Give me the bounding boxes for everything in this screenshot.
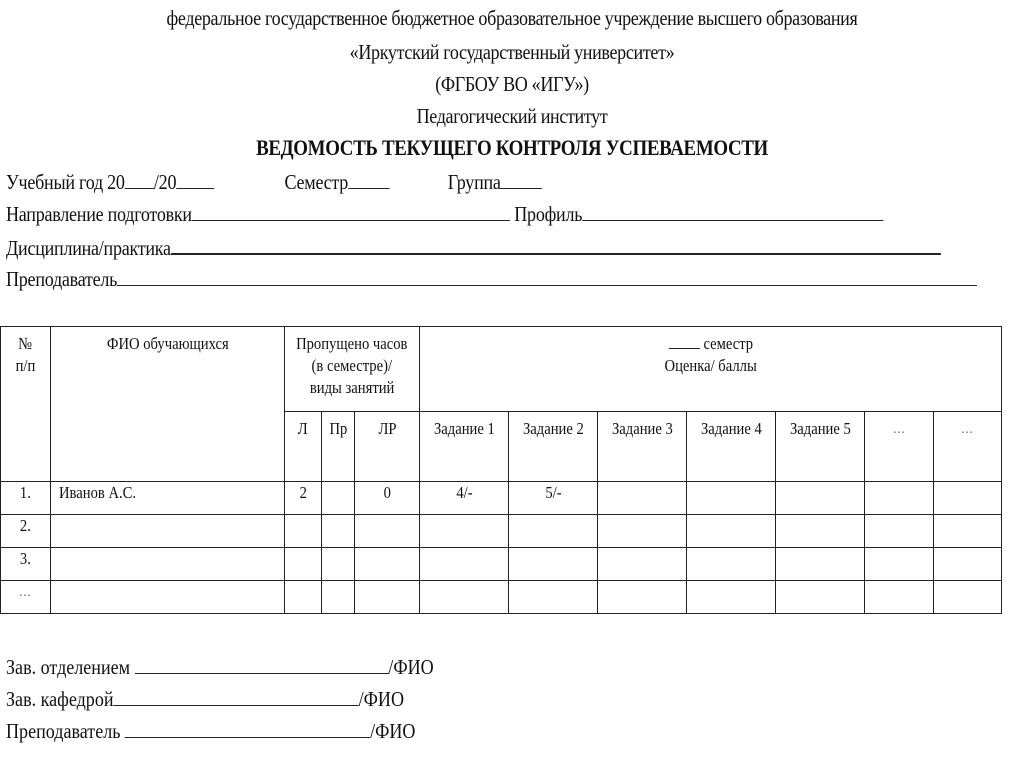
grade-cell[interactable] (687, 482, 776, 515)
grade-cell[interactable] (934, 548, 1002, 581)
grade-cell[interactable] (776, 548, 865, 581)
subheader-task-2: Задание 2 (509, 412, 598, 482)
grade-cell[interactable] (420, 548, 509, 581)
grade-cell[interactable] (420, 515, 509, 548)
grade-cell[interactable] (355, 515, 420, 548)
grade-cell[interactable] (934, 581, 1002, 614)
direction-field[interactable] (192, 201, 510, 221)
year-label: Учебный год 20 (6, 170, 125, 194)
year-sep: /20 (154, 170, 176, 194)
row-number[interactable]: … (1, 581, 51, 614)
profile-label: Профиль (514, 202, 582, 226)
chair-head-signature-field[interactable] (114, 686, 359, 706)
grade-cell[interactable] (322, 482, 355, 515)
signature-chair-head: Зав. кафедрой/ФИО (6, 686, 404, 711)
subheader-more-2: … (934, 412, 1002, 482)
year-semester-group-line: Учебный год 20/20 Семестр Группа (6, 169, 542, 194)
grade-cell[interactable] (865, 548, 934, 581)
semester-number-field[interactable] (668, 334, 699, 349)
grade-cell[interactable] (865, 581, 934, 614)
signature-dept-head: Зав. отделением /ФИО (6, 654, 434, 679)
grade-cell[interactable] (509, 548, 598, 581)
table-row: … (1, 581, 1002, 614)
signature-teacher: Преподаватель /ФИО (6, 718, 415, 743)
table-row: 2. (1, 515, 1002, 548)
grade-cell[interactable] (322, 515, 355, 548)
subheader-task-3: Задание 3 (598, 412, 687, 482)
grade-cell[interactable] (355, 581, 420, 614)
header-name: ФИО обучающихся (51, 327, 285, 482)
grade-cell[interactable] (687, 548, 776, 581)
grade-cell[interactable] (687, 581, 776, 614)
year-end-field[interactable] (176, 169, 214, 189)
dept-head-signature-field[interactable] (135, 654, 389, 674)
grades-table: № п/п ФИО обучающихся Пропущено часов (в… (0, 326, 1002, 614)
grade-cell[interactable] (509, 515, 598, 548)
grade-cell[interactable] (776, 515, 865, 548)
semester-field[interactable] (348, 169, 389, 189)
grade-cell[interactable] (865, 482, 934, 515)
profile-field[interactable] (582, 201, 883, 221)
institute-name: Педагогический институт (72, 104, 953, 128)
grade-cell[interactable] (598, 515, 687, 548)
grade-cell[interactable] (509, 581, 598, 614)
subheader-lab: ЛР (355, 412, 420, 482)
grade-cell[interactable] (776, 581, 865, 614)
row-number[interactable]: 1. (1, 482, 51, 515)
grade-cell[interactable] (598, 548, 687, 581)
document-title: ВЕДОМОСТЬ ТЕКУЩЕГО КОНТРОЛЯ УСПЕВАЕМОСТИ (72, 136, 953, 160)
grade-cell[interactable] (355, 548, 420, 581)
university-abbr: (ФГБОУ ВО «ИГУ») (72, 72, 953, 96)
discipline-label: Дисциплина/практика (6, 236, 171, 260)
subheader-practice: Пр (322, 412, 355, 482)
table-row: 3. (1, 548, 1002, 581)
grade-cell[interactable] (598, 482, 687, 515)
teacher-field[interactable] (117, 266, 977, 286)
grade-cell[interactable] (687, 515, 776, 548)
grade-cell[interactable]: 4/- (420, 482, 509, 515)
subheader-task-1: Задание 1 (420, 412, 509, 482)
semester-header-line: семестр (668, 333, 752, 355)
grade-cell[interactable] (285, 581, 322, 614)
subheader-lecture: Л (285, 412, 322, 482)
grade-cell[interactable]: 0 (355, 482, 420, 515)
teacher-line: Преподаватель (6, 266, 977, 291)
grade-cell[interactable] (776, 482, 865, 515)
semester-label: Семестр (285, 170, 349, 194)
grade-cell[interactable] (420, 581, 509, 614)
grade-cell[interactable]: 5/- (509, 482, 598, 515)
student-name-cell[interactable] (51, 515, 285, 548)
header-num: № п/п (1, 327, 51, 482)
student-name-cell[interactable] (51, 581, 285, 614)
subheader-more-1: … (865, 412, 934, 482)
org-name: федеральное государственное бюджетное об… (72, 6, 953, 30)
student-name-cell[interactable] (51, 548, 285, 581)
header-missed-hours: Пропущено часов (в семестре)/ виды занят… (285, 327, 420, 412)
year-start-field[interactable] (125, 169, 154, 189)
row-number[interactable]: 3. (1, 548, 51, 581)
grade-cell[interactable] (865, 515, 934, 548)
discipline-field[interactable] (171, 234, 941, 255)
table-row: 1.Иванов А.С.204/-5/- (1, 482, 1002, 515)
student-name-cell[interactable]: Иванов А.С. (51, 482, 285, 515)
grade-cell[interactable] (322, 581, 355, 614)
grade-cell[interactable] (322, 548, 355, 581)
grade-cell[interactable] (285, 548, 322, 581)
university-name: «Иркутский государственный университет» (72, 40, 953, 64)
direction-profile-line: Направление подготовки Профиль (6, 201, 883, 226)
row-number[interactable]: 2. (1, 515, 51, 548)
grade-cell[interactable] (598, 581, 687, 614)
subheader-task-5: Задание 5 (776, 412, 865, 482)
grade-cell[interactable]: 2 (285, 482, 322, 515)
teacher-signature-field[interactable] (125, 718, 370, 738)
grade-cell[interactable] (934, 515, 1002, 548)
group-label: Группа (448, 170, 501, 194)
header-semester-grades: семестр Оценка/ баллы (420, 327, 1002, 412)
direction-label: Направление подготовки (6, 202, 192, 226)
subheader-task-4: Задание 4 (687, 412, 776, 482)
group-field[interactable] (501, 169, 542, 189)
teacher-label: Преподаватель (6, 267, 117, 291)
grade-cell[interactable] (285, 515, 322, 548)
discipline-line: Дисциплина/практика (6, 234, 940, 260)
grade-cell[interactable] (934, 482, 1002, 515)
